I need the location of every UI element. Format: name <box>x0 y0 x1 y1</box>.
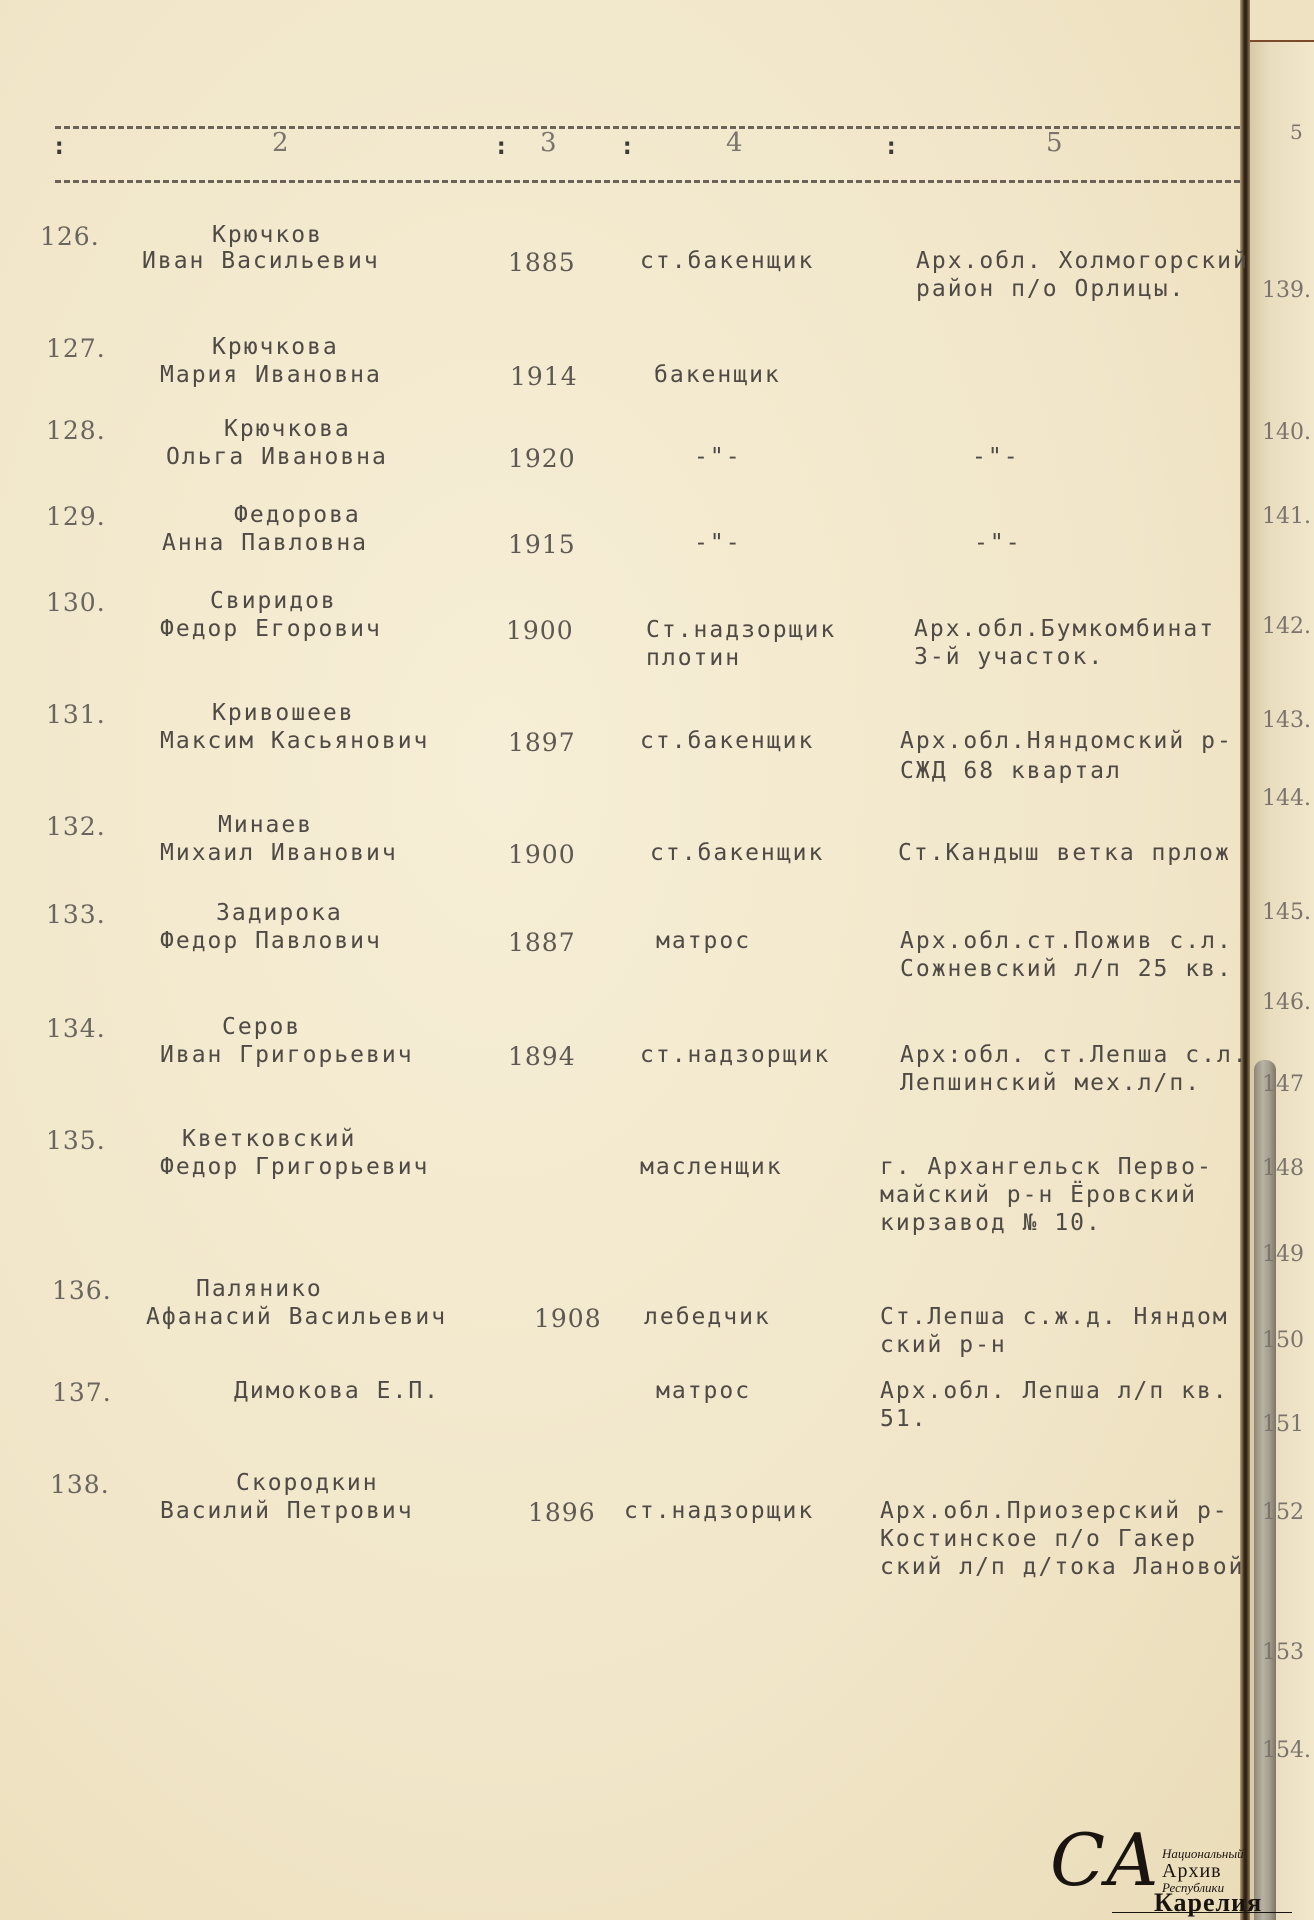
birth-year: 1920 <box>508 444 576 473</box>
given-names: Мария Ивановна <box>160 362 382 388</box>
row-number: 135. <box>46 1126 106 1155</box>
surname: Задирока <box>216 900 343 926</box>
birth-year: 1894 <box>508 1042 576 1071</box>
logo-line4: Карелия <box>1154 1888 1262 1918</box>
row-number: 131. <box>46 700 106 729</box>
column-header-2: 2 <box>272 128 289 158</box>
column-header-4: 4 <box>726 128 743 158</box>
binding-edge <box>1240 0 1250 1920</box>
address-line: Арх.обл.Няндомский р- <box>900 728 1233 754</box>
address-line: Сожневский л/п 25 кв. <box>900 956 1233 982</box>
address-line: Арх.обл.ст.Пожив с.л. <box>900 928 1233 954</box>
margin-number: 154. <box>1262 1738 1311 1763</box>
address-line: 3-й участок. <box>914 644 1104 670</box>
margin-number: 141. <box>1262 504 1311 529</box>
occupation: лебедчик <box>644 1304 771 1330</box>
surname: Свиридов <box>210 588 337 614</box>
birth-year: 1900 <box>506 616 574 645</box>
occupation: матрос <box>656 928 751 954</box>
surname: Димокова Е.П. <box>234 1378 440 1404</box>
margin-number: 140. <box>1262 420 1311 445</box>
given-names: Афанасий Васильевич <box>146 1304 447 1330</box>
column-separator: : <box>52 132 66 160</box>
address-line: СЖД 68 квартал <box>900 758 1122 784</box>
margin-number: 145. <box>1262 900 1311 925</box>
column-separator: : <box>620 132 634 160</box>
surname: Крючков <box>212 222 323 248</box>
surname: Крючкова <box>224 416 351 442</box>
birth-year: 1885 <box>508 248 576 277</box>
margin-number: 149 <box>1262 1242 1304 1267</box>
column-separator: : <box>884 132 898 160</box>
margin-number: 147 <box>1262 1072 1304 1097</box>
given-names: Федор Григорьевич <box>160 1154 429 1180</box>
occupation: ст.бакенщик <box>640 248 814 274</box>
address-line: майский р-н Ёровский <box>880 1182 1197 1208</box>
address-line: 51. <box>880 1406 928 1432</box>
given-names: Иван Васильевич <box>142 248 380 274</box>
margin-number: 148 <box>1262 1156 1304 1181</box>
surname: Минаев <box>218 812 313 838</box>
surname: Палянико <box>196 1276 323 1302</box>
margin-number: 142. <box>1262 614 1311 639</box>
header-rule-bottom <box>55 180 1240 183</box>
row-number: 126. <box>40 222 100 251</box>
occupation: ст.бакенщик <box>640 728 814 754</box>
occupation: масленщик <box>640 1154 783 1180</box>
birth-year: 1908 <box>534 1304 602 1333</box>
given-names: Василий Петрович <box>160 1498 414 1524</box>
margin-number: 152 <box>1262 1500 1304 1525</box>
archive-logo: СА Национальный Архив Республики Карелия <box>1050 1800 1314 1920</box>
surname: Кветковский <box>182 1126 356 1152</box>
address-line: Ст.Кандыш ветка прлож <box>898 840 1231 866</box>
given-names: Ольга Ивановна <box>166 444 388 470</box>
row-number: 132. <box>46 812 106 841</box>
row-number: 130. <box>46 588 106 617</box>
address-line: Арх:обл. ст.Лепша с.л. <box>900 1042 1249 1068</box>
address-line: Лепшинский мех.л/п. <box>900 1070 1201 1096</box>
address-line: кирзавод № 10. <box>880 1210 1102 1236</box>
surname: Серов <box>222 1014 301 1040</box>
occupation: -"- <box>694 530 742 556</box>
logo-monogram: СА <box>1050 1818 1160 1902</box>
birth-year: 1897 <box>508 728 576 757</box>
birth-year: 1887 <box>508 928 576 957</box>
row-number: 136. <box>52 1276 112 1305</box>
logo-underline <box>1112 1912 1292 1913</box>
address-line: г. Архангельск Перво- <box>880 1154 1213 1180</box>
margin-number: 151 <box>1262 1412 1304 1437</box>
next-page-top <box>1250 0 1314 42</box>
given-names: Анна Павловна <box>162 530 368 556</box>
surname: Крючкова <box>212 334 339 360</box>
row-number: 138. <box>50 1470 110 1499</box>
column-separator: : <box>494 132 508 160</box>
occupation: матрос <box>656 1378 751 1404</box>
row-number: 128. <box>46 416 106 445</box>
margin-number: 153 <box>1262 1640 1304 1665</box>
margin-number: 146. <box>1262 990 1311 1015</box>
row-number: 133. <box>46 900 106 929</box>
row-number: 137. <box>52 1378 112 1407</box>
column-header-5: 5 <box>1046 128 1063 158</box>
address-line: Арх.обл. Лепша л/п кв. <box>880 1378 1229 1404</box>
given-names: Федор Павлович <box>160 928 382 954</box>
given-names: Иван Григорьевич <box>160 1042 414 1068</box>
address-line: Ст.Лепша с.ж.д. Няндом <box>880 1304 1229 1330</box>
side-page-mark: 5 <box>1290 120 1303 144</box>
margin-number: 144. <box>1262 786 1311 811</box>
occupation: бакенщик <box>654 362 781 388</box>
occupation: ст.бакенщик <box>650 840 824 866</box>
row-number: 134. <box>46 1014 106 1043</box>
birth-year: 1915 <box>508 530 576 559</box>
occupation: Ст.надзорщик плотин <box>646 616 836 672</box>
surname: Кривошеев <box>212 700 355 726</box>
occupation: ст.надзорщик <box>624 1498 814 1524</box>
birth-year: 1914 <box>510 362 578 391</box>
given-names: Михаил Иванович <box>160 840 398 866</box>
given-names: Максим Касьянович <box>160 728 429 754</box>
birth-year: 1900 <box>508 840 576 869</box>
margin-number: 139. <box>1262 278 1311 303</box>
address-line: ский р-н <box>880 1332 1007 1358</box>
margin-number: 150 <box>1262 1328 1304 1353</box>
address-line: ский л/п д/тока Лановой <box>880 1554 1245 1580</box>
surname: Федорова <box>234 502 361 528</box>
surname: Скородкин <box>236 1470 379 1496</box>
address-line: Костинское п/о Гакер <box>880 1526 1197 1552</box>
occupation: ст.надзорщик <box>640 1042 830 1068</box>
margin-number: 143. <box>1262 708 1311 733</box>
address-line: Арх.обл. Холмогорский <box>916 248 1249 274</box>
occupation: -"- <box>694 444 742 470</box>
address-line: Арх.обл.Приозерский р- <box>880 1498 1229 1524</box>
address-line: район п/о Орлицы. <box>916 276 1185 302</box>
address-line: -"- <box>974 530 1022 556</box>
given-names: Федор Егорович <box>160 616 382 642</box>
birth-year: 1896 <box>528 1498 596 1527</box>
binding-tube <box>1254 1060 1276 1920</box>
column-header-3: 3 <box>540 128 557 158</box>
row-number: 129. <box>46 502 106 531</box>
address-line: Арх.обл.Бумкомбинат <box>914 616 1215 642</box>
row-number: 127. <box>46 334 106 363</box>
address-line: -"- <box>972 444 1020 470</box>
